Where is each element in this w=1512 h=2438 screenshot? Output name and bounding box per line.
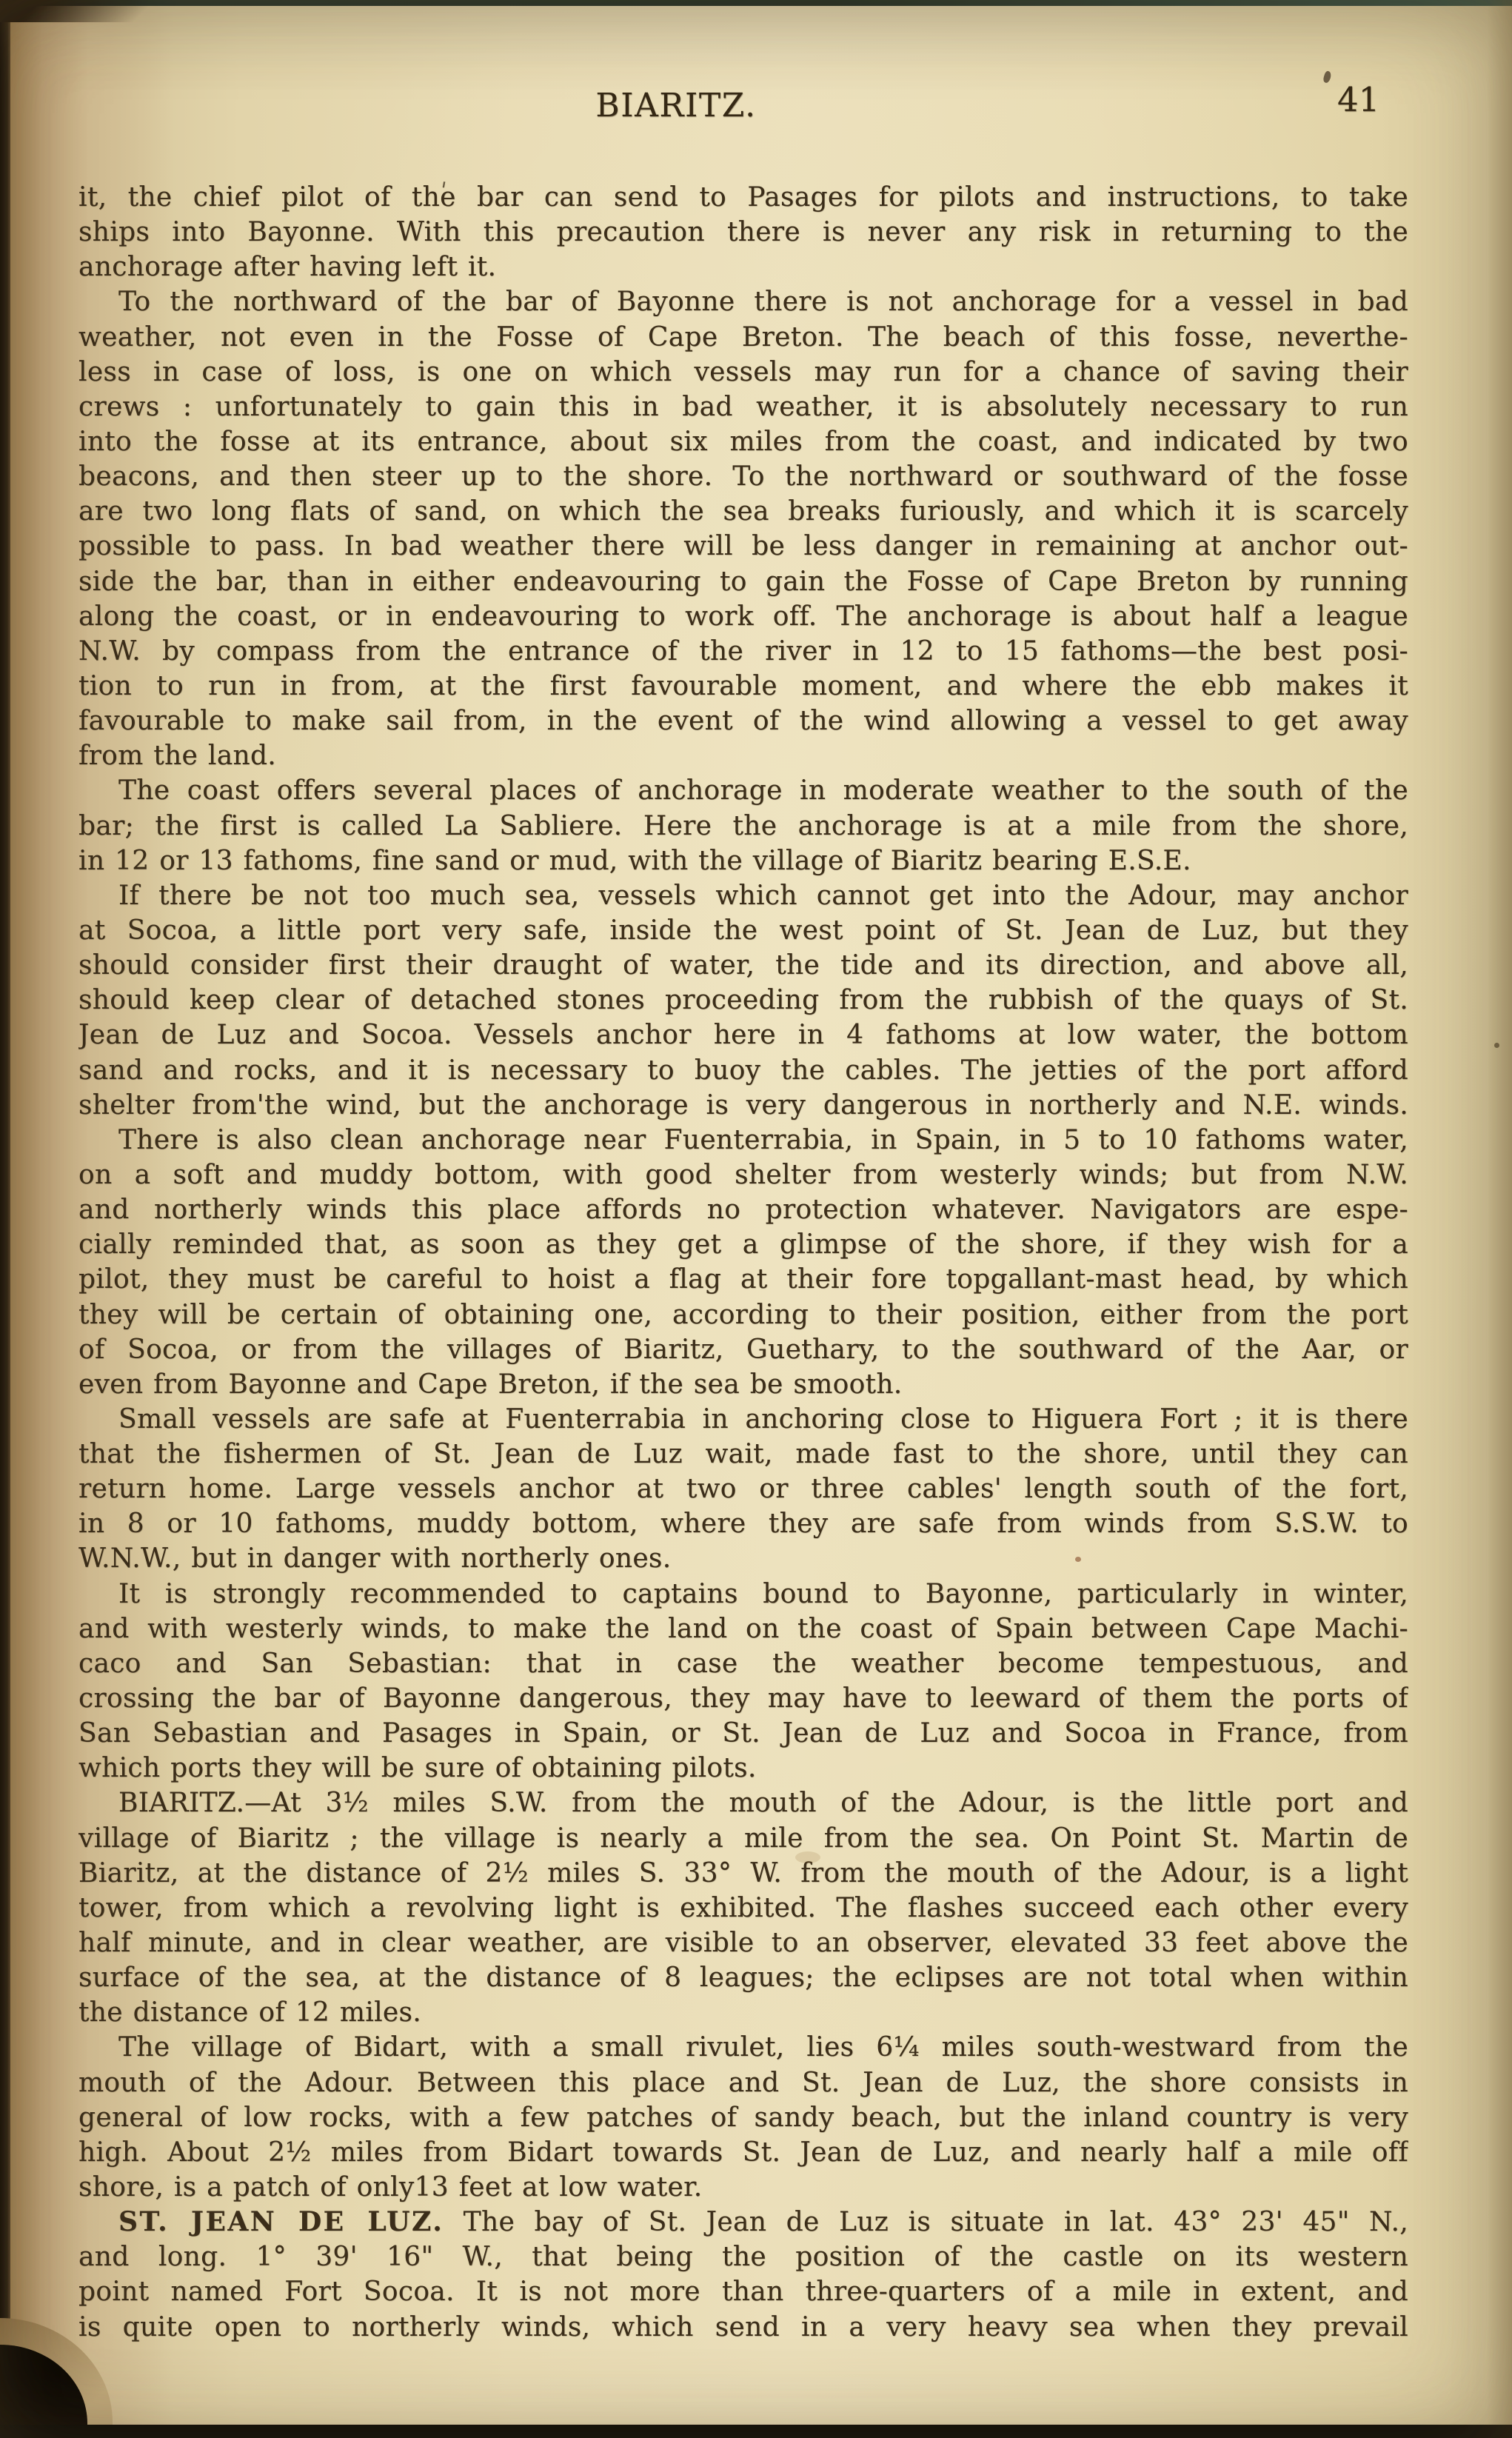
text-line: crossing the bar of Bayonne dangerous, t… [78, 1681, 1408, 1716]
text-line: Biaritz, at the distance of 2½ miles S. … [78, 1856, 1408, 1891]
text-line: are two long flats of sand, on which the… [78, 494, 1408, 529]
text-line: It is strongly recommended to captains b… [78, 1577, 1408, 1612]
text-line: Small vessels are safe at Fuenterrabia i… [78, 1402, 1408, 1437]
section-heading-inline: ST. JEAN DE LUZ. [118, 2206, 444, 2237]
paragraph: To the northward of the bar of Bayonne t… [78, 284, 1408, 773]
text-line: at Socoa, a little port very safe, insid… [78, 913, 1408, 948]
text-line: Jean de Luz and Socoa. Vessels anchor he… [78, 1018, 1408, 1052]
text-line: half minute, and in clear weather, are v… [78, 1926, 1408, 1960]
running-head: BIARITZ. [11, 90, 1341, 122]
text-line: should consider first their draught of w… [78, 948, 1408, 983]
text-line: W.N.W., but in danger with northerly one… [78, 1541, 1408, 1576]
text-line: ships into Bayonne. With this precaution… [78, 215, 1408, 250]
page-right-shade [1487, 0, 1512, 2438]
text-line: N.W. by compass from the entrance of the… [78, 634, 1408, 669]
text-line: shelter from'the wind, but the anchorage… [78, 1088, 1408, 1123]
paragraph: The coast offers several places of ancho… [78, 773, 1408, 878]
text-line: bar; the first is called La Sabliere. He… [78, 809, 1408, 844]
text-line: crews : unfortunately to gain this in ba… [78, 390, 1408, 424]
text-line: sand and rocks, and it is necessary to b… [78, 1053, 1408, 1088]
paragraph: Small vessels are safe at Fuenterrabia i… [78, 1402, 1408, 1577]
book-top-edge [0, 0, 1512, 6]
text-line: is quite open to northerly winds, which … [78, 2310, 1408, 2345]
text-line: BIARITZ.—At 3½ miles S.W. from the mouth… [78, 1786, 1408, 1820]
paragraph: There is also clean anchorage near Fuent… [78, 1123, 1408, 1402]
text-line: it, the chief pilot of the bar can send … [78, 180, 1408, 215]
text-line: To the northward of the bar of Bayonne t… [78, 284, 1408, 319]
text-line: even from Bayonne and Cape Breton, if th… [78, 1367, 1408, 1402]
text-line: beacons, and then steer up to the shore.… [78, 459, 1408, 494]
ink-speck [1322, 70, 1333, 84]
text-line: mouth of the Adour. Between this place a… [78, 2065, 1408, 2100]
text-line: shore, is a patch of only13 feet at low … [78, 2170, 1408, 2205]
paragraph: it, the chief pilot of the bar can send … [78, 180, 1408, 284]
text-line: the distance of 12 miles. [78, 1995, 1408, 2030]
book-spine-edge [0, 0, 10, 2438]
page-text: it, the chief pilot of the bar can send … [78, 180, 1408, 2345]
text-line: possible to pass. In bad weather there w… [78, 529, 1408, 564]
paragraph: BIARITZ.—At 3½ miles S.W. from the mouth… [78, 1786, 1408, 2030]
text-line: should keep clear of detached stones pro… [78, 983, 1408, 1018]
text-line: return home. Large vessels anchor at two… [78, 1472, 1408, 1506]
text-line: The coast offers several places of ancho… [78, 773, 1408, 808]
text-line: If there be not too much sea, vessels wh… [78, 878, 1408, 913]
text-line: ST. JEAN DE LUZ. The bay of St. Jean de … [78, 2205, 1408, 2240]
text-line: There is also clean anchorage near Fuent… [78, 1123, 1408, 1158]
text-line: side the bar, than in either endeavourin… [78, 564, 1408, 599]
paragraph: It is strongly recommended to captains b… [78, 1577, 1408, 1786]
text-line: surface of the sea, at the distance of 8… [78, 1960, 1408, 1995]
text-line: tion to run in from, at the first favour… [78, 669, 1408, 704]
text-line: into the fosse at its entrance, about si… [78, 424, 1408, 459]
text-line: from the land. [78, 738, 1408, 773]
text-line: point named Fort Socoa. It is not more t… [78, 2274, 1408, 2309]
text-line: favourable to make sail from, in the eve… [78, 704, 1408, 738]
text-run: The bay of St. Jean de Luz is situate in… [444, 2207, 1408, 2237]
text-line: and northerly winds this place affords n… [78, 1192, 1408, 1227]
text-line: less in case of loss, is one on which ve… [78, 355, 1408, 390]
text-line: tower, from which a revolving light is e… [78, 1891, 1408, 1926]
text-line: in 8 or 10 fathoms, muddy bottom, where … [78, 1506, 1408, 1541]
book-top-corner-shadow [0, 0, 185, 22]
text-line: they will be certain of obtaining one, a… [78, 1298, 1408, 1332]
text-line: San Sebastian and Pasages in Spain, or S… [78, 1716, 1408, 1751]
text-line: of Socoa, or from the villages of Biarit… [78, 1332, 1408, 1367]
text-line: general of low rocks, with a few patches… [78, 2100, 1408, 2135]
text-line: in 12 or 13 fathoms, fine sand or mud, w… [78, 844, 1408, 878]
text-line: caco and San Sebastian: that in case the… [78, 1646, 1408, 1681]
page-title: BIARITZ. [595, 87, 756, 124]
book-page-photo: BIARITZ. 41 it, the chief pilot of the b… [0, 0, 1512, 2438]
paragraph: If there be not too much sea, vessels wh… [78, 878, 1408, 1123]
text-line: weather, not even in the Fosse of Cape B… [78, 320, 1408, 355]
paragraph: The village of Bidart, with a small rivu… [78, 2030, 1408, 2205]
page-number: 41 [1337, 83, 1379, 116]
text-line: that the fishermen of St. Jean de Luz wa… [78, 1437, 1408, 1472]
scan-bottom-edge [0, 2425, 1512, 2438]
text-line: and with westerly winds, to make the lan… [78, 1612, 1408, 1646]
text-line: anchorage after having left it. [78, 250, 1408, 284]
text-line: on a soft and muddy bottom, with good sh… [78, 1158, 1408, 1192]
text-line: cially reminded that, as soon as they ge… [78, 1227, 1408, 1262]
text-line: which ports they will be sure of obtaini… [78, 1751, 1408, 1786]
text-line: The village of Bidart, with a small rivu… [78, 2030, 1408, 2065]
text-line: and long. 1° 39' 16" W., that being the … [78, 2240, 1408, 2274]
text-line: high. About 2½ miles from Bidart towards… [78, 2135, 1408, 2170]
text-line: along the coast, or in endeavouring to w… [78, 599, 1408, 634]
text-line: village of Biaritz ; the village is near… [78, 1821, 1408, 1856]
paragraph: ST. JEAN DE LUZ. The bay of St. Jean de … [78, 2205, 1408, 2345]
text-line: pilot, they must be careful to hoist a f… [78, 1262, 1408, 1297]
